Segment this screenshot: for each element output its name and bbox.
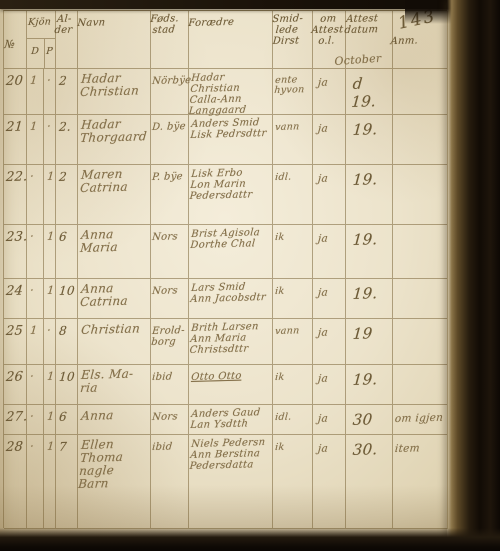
entry-number: 23. — [4, 225, 27, 279]
attest-answer: ja — [313, 69, 346, 115]
sex-male-mark: 1 — [27, 319, 44, 365]
remark — [393, 225, 448, 279]
age: 8 — [56, 319, 78, 365]
remark — [393, 365, 448, 405]
col-header-number: № — [4, 11, 27, 69]
pox-note: ik — [273, 279, 313, 319]
parents: Otto Otto — [189, 365, 273, 405]
attest-answer: ja — [313, 365, 346, 405]
book-binding-edge — [447, 0, 500, 551]
attest-answer: ja — [313, 225, 346, 279]
sex-female-mark: 1 — [44, 165, 56, 225]
attest-answer: ja — [313, 435, 346, 529]
entry-number: 27. — [4, 405, 27, 435]
birthplace: ibid — [151, 365, 189, 405]
child-name: Christian — [78, 319, 151, 365]
sex-female-mark: 1 — [44, 365, 56, 405]
col-header-sex: Kjön D P — [27, 11, 56, 69]
sex-sub-male: D — [30, 42, 39, 57]
sex-female-mark: 1 — [44, 279, 56, 319]
sex-female-mark: · — [44, 69, 56, 115]
age: 2. — [56, 115, 78, 165]
sex-male-mark: · — [27, 165, 44, 225]
attest-date: 19. — [346, 225, 393, 279]
child-name: Els. Ma- ria — [78, 365, 151, 405]
age: 2 — [56, 69, 78, 115]
parents: Brist Agisola Dorthe Chal — [189, 225, 273, 279]
col-header-name: Navn — [78, 11, 151, 69]
child-name: Maren Catrina — [78, 165, 151, 225]
remark — [393, 115, 448, 165]
birthplace: Nörbÿe — [151, 69, 189, 115]
attest-date: 19 — [346, 319, 393, 365]
child-name: Hadar Thorgaard — [78, 115, 151, 165]
parents: Niels Pedersn Ann Berstina Pedersdatta — [189, 435, 273, 529]
birthplace: Nors — [151, 279, 189, 319]
attest-answer: ja — [313, 165, 346, 225]
remark — [393, 165, 448, 225]
attest-date: 19. — [346, 165, 393, 225]
entry-number: 22. — [4, 165, 27, 225]
sex-sub-female: P — [45, 42, 53, 57]
pox-note: ente hyvon — [273, 69, 313, 115]
parents: Anders Gaud Lan Ysdtth — [189, 405, 273, 435]
remark: item — [393, 435, 448, 529]
scan-edge-bottom — [0, 528, 500, 551]
age: 6 — [56, 225, 78, 279]
pox-note: idl. — [273, 405, 313, 435]
entry-number: 24 — [4, 279, 27, 319]
birthplace: ibid — [151, 435, 189, 529]
parents: Brith Larsen Ann Maria Christsdttr — [189, 319, 273, 365]
col-header-age: Al- der — [56, 11, 78, 69]
sex-male-mark: · — [27, 435, 44, 529]
attest-date: 19. — [346, 365, 393, 405]
sex-male-mark: 1 — [27, 69, 44, 115]
sex-male-mark: · — [27, 405, 44, 435]
sex-male-mark: · — [27, 225, 44, 279]
pox-note: ik — [273, 225, 313, 279]
remark — [393, 69, 448, 115]
sex-male-mark: 1 — [27, 115, 44, 165]
attest-date: 30. — [346, 435, 393, 529]
attest-date: d 19. — [346, 69, 393, 115]
col-header-birthplace: Føds. stad — [151, 11, 189, 69]
col-header-parents: Forædre — [189, 11, 273, 69]
sex-female-mark: · — [44, 319, 56, 365]
remark — [393, 279, 448, 319]
pox-note: idl. — [273, 165, 313, 225]
child-name: Hadar Christian — [78, 69, 151, 115]
entry-number: 20 — [4, 69, 27, 115]
birthplace: Nors — [151, 405, 189, 435]
birthplace: Erold- borg — [151, 319, 189, 365]
pox-note: vann — [273, 319, 313, 365]
attest-answer: ja — [313, 319, 346, 365]
pox-note: ik — [273, 435, 313, 529]
entry-number: 28 — [4, 435, 27, 529]
register-table: № Kjön D P Al- der Navn Føds. stad Foræd… — [3, 10, 447, 528]
pox-note: vann — [273, 115, 313, 165]
natural-pox-column-header: Smid- lede Dirst — [273, 11, 313, 69]
sex-male-mark: · — [27, 365, 44, 405]
child-name: Anna — [78, 405, 151, 435]
parents: Lisk Erbo Lon Marin Pedersdattr — [189, 165, 273, 225]
parents: Anders Smid Lisk Pedrsdttr — [189, 115, 273, 165]
entry-number: 25 — [4, 319, 27, 365]
attest-answer: ja — [313, 405, 346, 435]
sex-female-mark: · — [44, 115, 56, 165]
sex-male-mark: · — [27, 279, 44, 319]
birthplace: P. bÿe — [151, 165, 189, 225]
birthplace: Nors — [151, 225, 189, 279]
child-name: Ellen Thoma nagle Barn — [78, 435, 151, 529]
parents: Hadar Christian Calla-Ann Langgaard — [189, 69, 273, 115]
attest-date: 19. — [346, 279, 393, 319]
attest-date: 19. — [346, 115, 393, 165]
sex-label: Kjön — [28, 10, 52, 28]
attest-answer: ja — [313, 279, 346, 319]
age: 10 — [56, 279, 78, 319]
remark — [393, 319, 448, 365]
age: 6 — [56, 405, 78, 435]
entry-number: 26 — [4, 365, 27, 405]
scanned-register-page: № Kjön D P Al- der Navn Føds. stad Foræd… — [0, 0, 500, 551]
attest-answer: ja — [313, 115, 346, 165]
entry-number: 21 — [4, 115, 27, 165]
remark: om igjen — [393, 405, 448, 435]
sex-female-mark: 1 — [44, 225, 56, 279]
birthplace: D. bÿe — [151, 115, 189, 165]
child-name: Anna Maria — [78, 225, 151, 279]
attest-date: 30 — [346, 405, 393, 435]
child-name: Anna Catrina — [78, 279, 151, 319]
age: 10 — [56, 365, 78, 405]
pox-note: ik — [273, 365, 313, 405]
parents: Lars Smid Ann Jacobsdtr — [189, 279, 273, 319]
